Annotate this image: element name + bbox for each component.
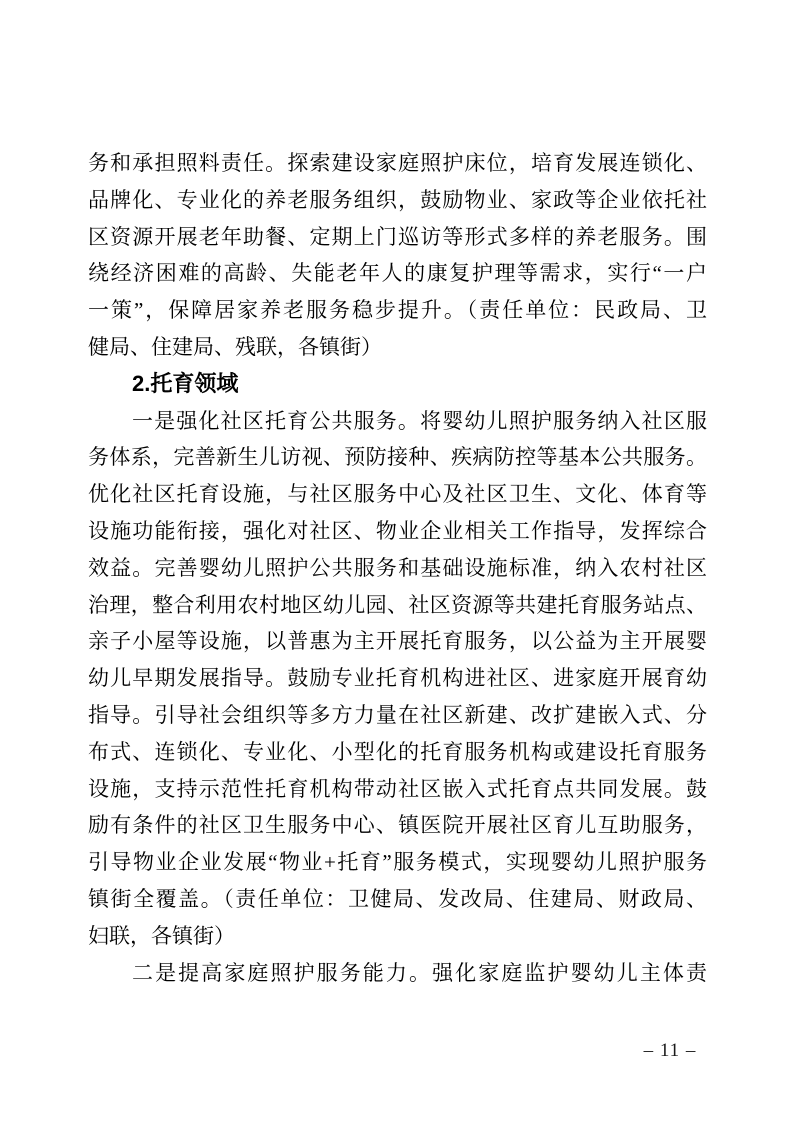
text-line: 引导物业企业发展“物业+托育”服务模式，实现婴幼儿照护服务 bbox=[88, 844, 707, 881]
text-line: 务和承担照料责任。探索建设家庭照护床位，培育发展连锁化、 bbox=[88, 145, 707, 182]
text-line: 妇联，各镇街） bbox=[88, 918, 707, 955]
text-line: 励有条件的社区卫生服务中心、镇医院开展社区育儿互助服务， bbox=[88, 807, 707, 844]
text-line: 布式、连锁化、专业化、小型化的托育服务机构或建设托育服务 bbox=[88, 734, 707, 771]
text-line: 绕经济困难的高龄、失能老年人的康复护理等需求，实行“一户 bbox=[88, 255, 707, 292]
text-line: 一策”，保障居家养老服务稳步提升。（责任单位：民政局、卫 bbox=[88, 292, 707, 329]
text-line: 亲子小屋等设施，以普惠为主开展托育服务，以公益为主开展婴 bbox=[88, 623, 707, 660]
text-block: 务和承担照料责任。探索建设家庭照护床位，培育发展连锁化、品牌化、专业化的养老服务… bbox=[88, 145, 707, 991]
text-line: 优化社区托育设施，与社区服务中心及社区卫生、文化、体育等 bbox=[88, 476, 707, 513]
text-line: 治理，整合利用农村地区幼儿园、社区资源等共建托育服务站点、 bbox=[88, 587, 707, 624]
text-line: 效益。完善婴幼儿照护公共服务和基础设施标准，纳入农村社区 bbox=[88, 550, 707, 587]
page-number: – 11 – bbox=[625, 1038, 715, 1064]
section-heading: 2.托育领域 bbox=[88, 366, 707, 403]
text-line: 设施功能衔接，强化对社区、物业企业相关工作指导，发挥综合 bbox=[88, 513, 707, 550]
text-line: 指导。引导社会组织等多方力量在社区新建、改扩建嵌入式、分 bbox=[88, 697, 707, 734]
text-line: 品牌化、专业化的养老服务组织，鼓励物业、家政等企业依托社 bbox=[88, 182, 707, 219]
text-line: 幼儿早期发展指导。鼓励专业托育机构进社区、进家庭开展育幼 bbox=[88, 660, 707, 697]
text-line: 健局、住建局、残联，各镇街） bbox=[88, 329, 707, 366]
document-page: 务和承担照料责任。探索建设家庭照护床位，培育发展连锁化、品牌化、专业化的养老服务… bbox=[0, 0, 793, 1122]
text-line: 设施，支持示范性托育机构带动社区嵌入式托育点共同发展。鼓 bbox=[88, 771, 707, 808]
text-line: 镇街全覆盖。（责任单位：卫健局、发改局、住建局、财政局、 bbox=[88, 881, 707, 918]
text-line: 二是提高家庭照护服务能力。强化家庭监护婴幼儿主体责 bbox=[88, 955, 707, 992]
text-line: 一是强化社区托育公共服务。将婴幼儿照护服务纳入社区服 bbox=[88, 403, 707, 440]
text-line: 务体系，完善新生儿访视、预防接种、疾病防控等基本公共服务。 bbox=[88, 439, 707, 476]
text-line: 区资源开展老年助餐、定期上门巡访等形式多样的养老服务。围 bbox=[88, 219, 707, 256]
